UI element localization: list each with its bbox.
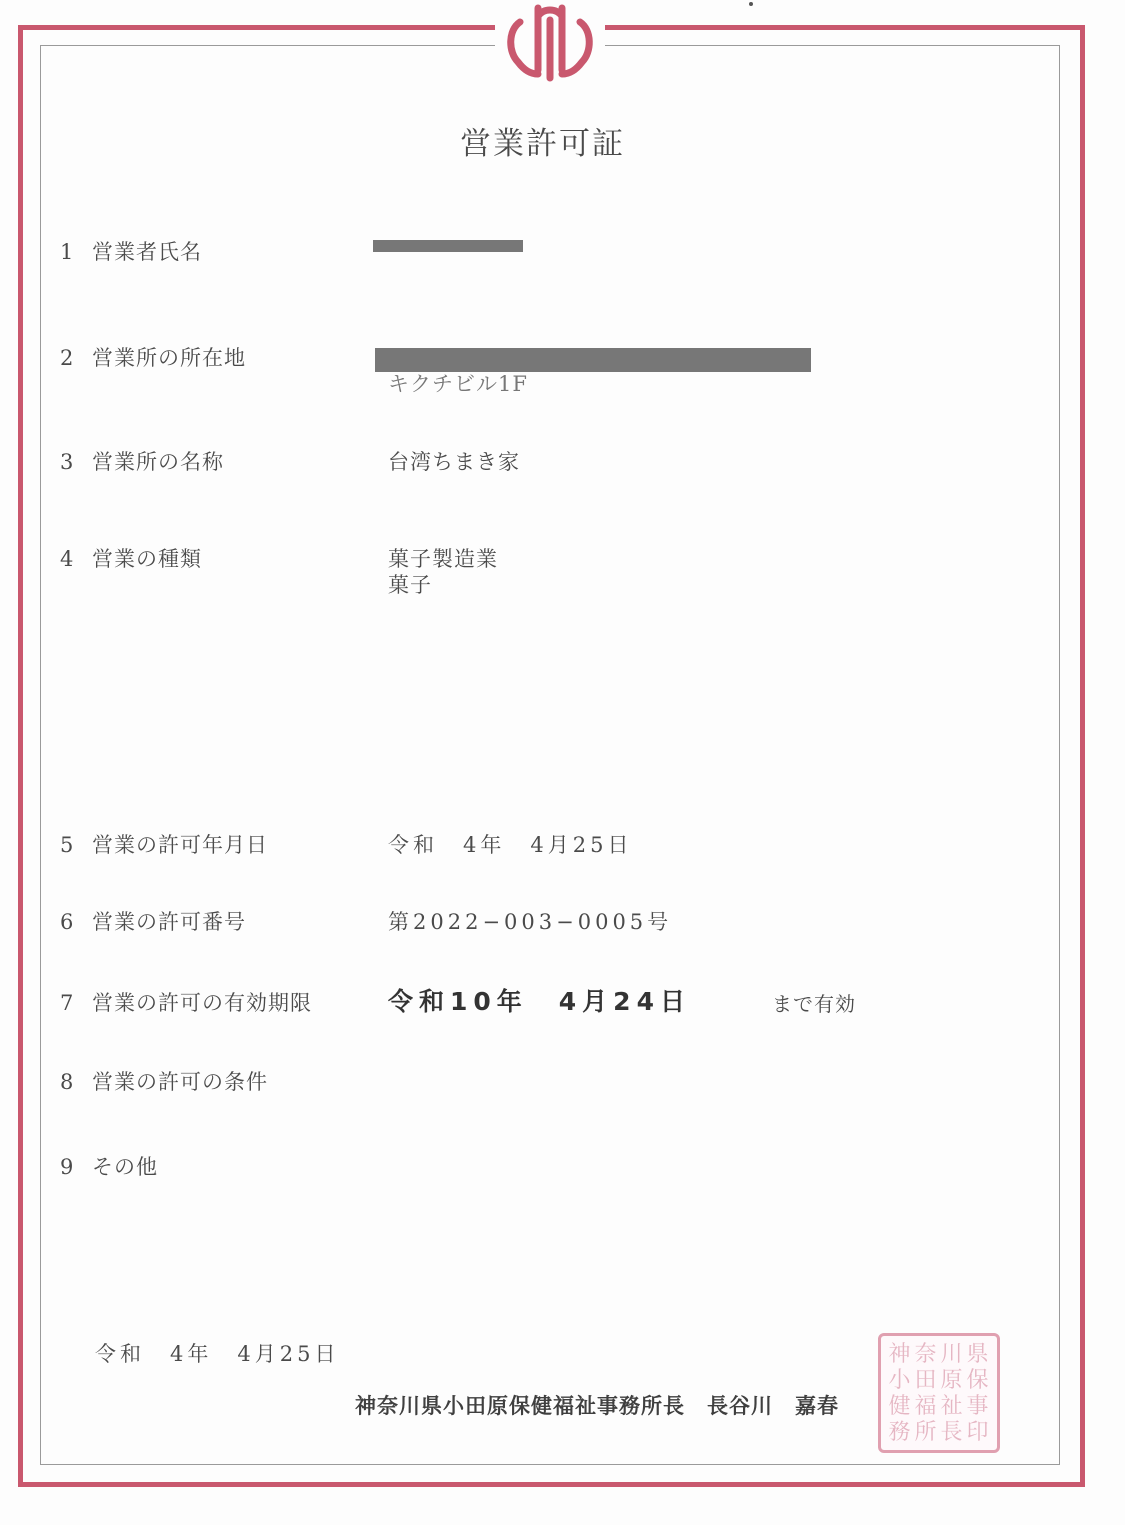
seal-char: 奈 (913, 1342, 939, 1368)
prefecture-emblem-icon (500, 0, 600, 82)
field-row-other: 9その他 (60, 1151, 158, 1181)
seal-char: 印 (965, 1420, 991, 1446)
field-label: 営業の許可の条件 (92, 1066, 268, 1096)
field-row-permit-number: 6営業の許可番号 (60, 906, 246, 936)
document-title: 営業許可証 (0, 118, 1125, 163)
expiry-suffix: まで有効 (772, 988, 856, 1017)
field-number: 4 (60, 547, 92, 571)
permit-date-value: 令和 4年 4月25日 (388, 829, 632, 859)
field-row-conditions: 8営業の許可の条件 (60, 1066, 268, 1096)
seal-char: 原 (939, 1368, 965, 1394)
field-number: 9 (60, 1155, 92, 1179)
business-type-subvalue: 菓子 (388, 569, 432, 599)
field-number: 1 (60, 240, 92, 264)
field-label: 営業の許可の有効期限 (92, 987, 312, 1017)
field-label: その他 (92, 1151, 158, 1181)
redaction-bar-operator-name (373, 240, 523, 252)
seal-char: 県 (965, 1342, 991, 1368)
seal-char: 保 (965, 1368, 991, 1394)
field-row-business-name: 3営業所の名称 (60, 446, 224, 476)
seal-char: 田 (913, 1368, 939, 1394)
field-number: 5 (60, 833, 92, 857)
seal-char: 健 (887, 1394, 913, 1420)
field-label: 営業所の所在地 (92, 342, 246, 372)
seal-char: 長 (939, 1420, 965, 1446)
permit-number-value: 第2022−003−0005号 (388, 906, 672, 936)
seal-char: 祉 (939, 1394, 965, 1420)
address-line-2: キクチビル1F (388, 368, 528, 398)
field-row-expiry: 7営業の許可の有効期限 (60, 987, 312, 1017)
field-number: 7 (60, 991, 92, 1015)
field-label: 営業者氏名 (92, 236, 202, 266)
seal-char: 務 (887, 1420, 913, 1446)
official-seal-stamp: 神 奈 川 県 小 田 原 保 健 福 祉 事 務 所 長 印 (878, 1333, 1000, 1453)
field-label: 営業の種類 (92, 543, 202, 573)
field-row-business-type: 4営業の種類 (60, 543, 202, 573)
seal-char: 小 (887, 1368, 913, 1394)
seal-char: 福 (913, 1394, 939, 1420)
issue-date: 令和 4年 4月25日 (95, 1338, 339, 1368)
seal-char: 所 (913, 1420, 939, 1446)
field-number: 8 (60, 1070, 92, 1094)
issuer-signature: 神奈川県小田原保健福祉事務所長 長谷川 嘉春 (355, 1390, 839, 1420)
field-number: 2 (60, 346, 92, 370)
field-label: 営業の許可番号 (92, 906, 246, 936)
field-label: 営業の許可年月日 (92, 829, 268, 859)
seal-char: 神 (887, 1342, 913, 1368)
field-number: 6 (60, 910, 92, 934)
business-name-value: 台湾ちまき家 (388, 446, 520, 476)
field-row-address: 2営業所の所在地 (60, 342, 246, 372)
expiry-date-value: 令和10年 4月24日 (388, 982, 691, 1018)
field-label: 営業所の名称 (92, 446, 224, 476)
field-number: 3 (60, 450, 92, 474)
license-certificate: 営業許可証 1営業者氏名 2営業所の所在地 キクチビル1F 3営業所の名称 台湾… (0, 0, 1125, 1525)
seal-char: 事 (965, 1394, 991, 1420)
stray-mark (749, 2, 753, 6)
seal-char: 川 (939, 1342, 965, 1368)
field-row-permit-date: 5営業の許可年月日 (60, 829, 268, 859)
field-row-operator-name: 1営業者氏名 (60, 236, 202, 266)
